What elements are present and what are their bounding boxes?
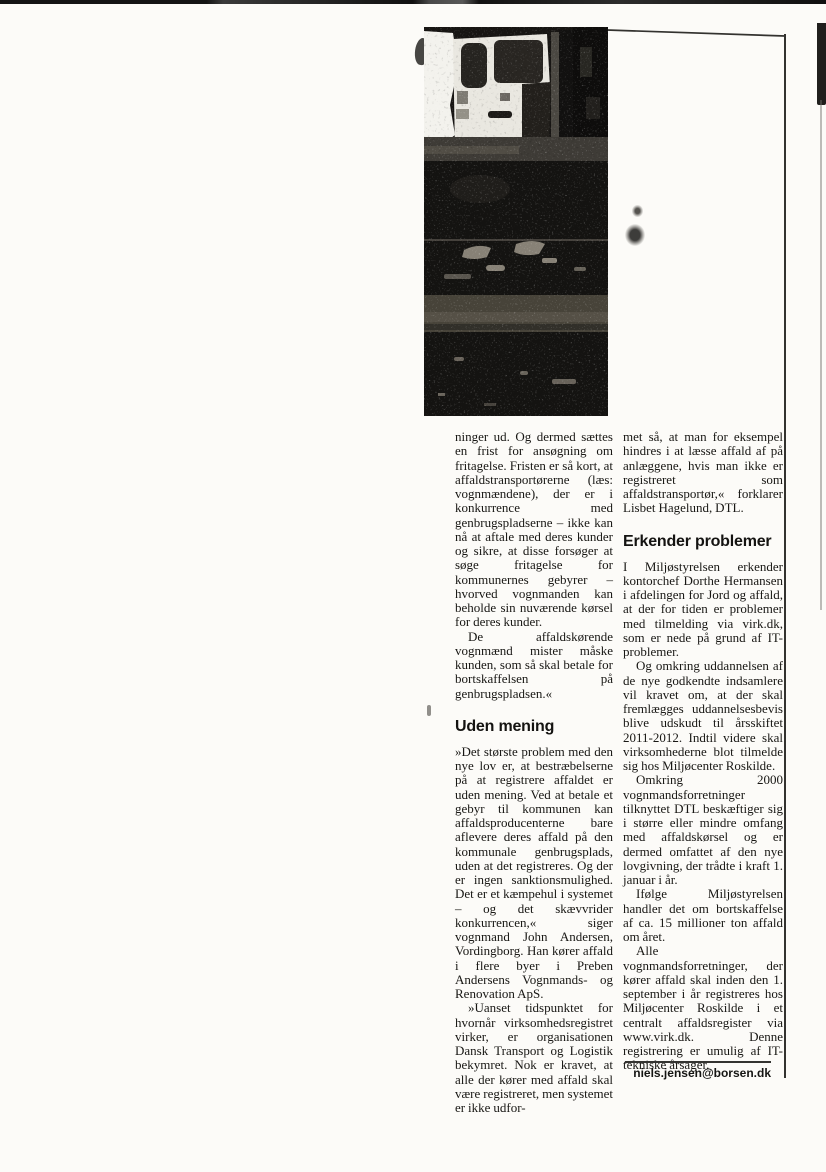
article-paragraph: met så, at man for eksempel hindres i at… — [623, 430, 783, 516]
scan-top-edge — [0, 0, 826, 4]
article-paragraph: »Uanset tidspunktet for hvornår virksomh… — [455, 1001, 613, 1115]
author-email: niels.jensen@borsen.dk — [599, 1066, 771, 1080]
byline-divider — [625, 1061, 771, 1063]
scanned-newspaper-page: { "photo": { "alt": "High-contrast photo… — [0, 0, 826, 1172]
article-column-right: met så, at man for eksempel hindres i at… — [623, 430, 783, 1073]
ink-blot-large — [625, 224, 645, 246]
article-paragraph: I Miljøstyrelsen erkender kontorchef Dor… — [623, 560, 783, 660]
article-column-left: ninger ud. Og dermed sættes en frist for… — [455, 430, 613, 1115]
clipping-border-top — [600, 26, 792, 42]
article-paragraph: Og omkring uddannelsen af de nye godkend… — [623, 659, 783, 773]
article-paragraph: Omkring 2000 vognmandsforretninger tilkn… — [623, 773, 783, 887]
ink-blot-small — [632, 205, 643, 217]
section-heading-erkender-problemer: Erkender problemer — [623, 533, 783, 551]
article-paragraph: Alle vognmandsforretninger, der kører af… — [623, 944, 783, 1072]
scan-right-edge-band — [817, 23, 826, 105]
article-paragraph: De affaldskørende vognmænd mister måske … — [455, 630, 613, 701]
section-heading-uden-mening: Uden mening — [455, 718, 613, 736]
article-photo — [424, 27, 608, 416]
article-paragraph: »Det største problem med den nye lov er,… — [455, 745, 613, 1002]
scan-right-faint-line — [820, 100, 822, 610]
ink-speck — [427, 705, 431, 716]
article-paragraph: ninger ud. Og dermed sættes en frist for… — [455, 430, 613, 630]
truck-photo-graphic — [424, 27, 608, 416]
clipping-border-right — [784, 34, 786, 1078]
article-paragraph: Ifølge Miljøstyrelsen handler det om bor… — [623, 887, 783, 944]
